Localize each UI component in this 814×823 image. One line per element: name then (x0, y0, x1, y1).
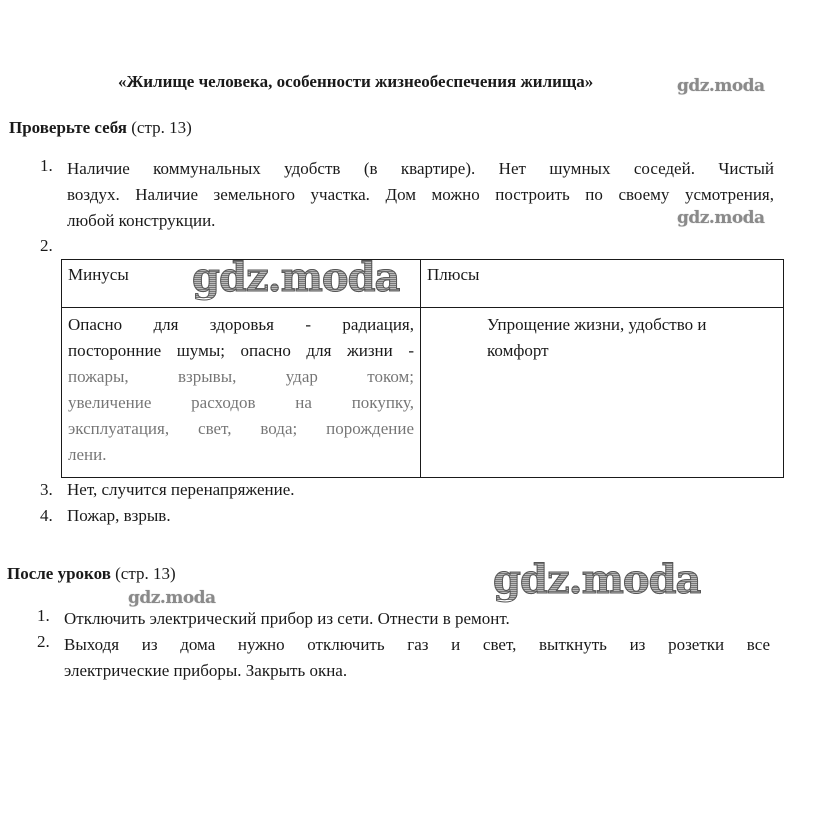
list-number: 1. (37, 606, 61, 626)
section-heading-page: (стр. 13) (115, 564, 176, 583)
list-item-line: Наличие коммунальных удобств (в квартире… (67, 156, 774, 182)
watermark: gdz.moda (128, 588, 216, 608)
cons-line: увеличение расходов на покупку, (68, 390, 414, 416)
table-cell-cons: Опасно для здоровья - радиация, посторон… (62, 308, 421, 478)
list-number: 1. (40, 156, 64, 176)
table-header-pros: Плюсы (421, 260, 784, 308)
watermark-large: gdz.moda (192, 258, 399, 298)
document-title: «Жилище человека, особенности жизнеобесп… (118, 72, 593, 92)
section-heading-bold: Проверьте себя (9, 118, 127, 137)
list-number: 2. (37, 632, 61, 652)
table-cell-pros: Упрощение жизни, удобство и комфорт (421, 308, 784, 478)
list-item-line: электрические приборы. Закрыть окна. (64, 658, 770, 684)
list-item-after-2: Выходя из дома нужно отключить газ и све… (64, 632, 770, 684)
list-number: 3. (40, 480, 64, 500)
cons-line: Опасно для здоровья - радиация, (68, 312, 414, 338)
section-heading-check-yourself: Проверьте себя (стр. 13) (9, 118, 192, 138)
watermark-large: gdz.moda (493, 560, 700, 600)
pros-cons-table: Минусы Плюсы Опасно для здоровья - радиа… (61, 259, 784, 478)
list-item-line: Выходя из дома нужно отключить газ и све… (64, 632, 770, 658)
pros-line: Упрощение жизни, удобство и (487, 312, 777, 338)
cons-line: эксплуатация, свет, вода; порождение (68, 416, 414, 442)
list-number: 2. (40, 236, 64, 256)
list-item-3: Нет, случится перенапряжение. (67, 480, 294, 500)
table-row: Опасно для здоровья - радиация, посторон… (62, 308, 784, 478)
cons-line: посторонние шумы; опасно для жизни - (68, 338, 414, 364)
cons-line: пожары, взрывы, удар током; (68, 364, 414, 390)
list-item-line: любой конструкции. (67, 208, 774, 234)
list-number: 4. (40, 506, 64, 526)
section-heading-after-lessons: После уроков (стр. 13) (7, 564, 176, 584)
list-item-line: воздух. Наличие земельного участка. Дом … (67, 182, 774, 208)
list-item-1: Наличие коммунальных удобств (в квартире… (67, 156, 774, 234)
list-item-4: Пожар, взрыв. (67, 506, 171, 526)
section-heading-bold: После уроков (7, 564, 111, 583)
watermark: gdz.moda (677, 76, 765, 96)
section-heading-page: (стр. 13) (131, 118, 192, 137)
table-header-row: Минусы Плюсы (62, 260, 784, 308)
cons-line: лени. (68, 442, 414, 468)
pros-line: комфорт (487, 338, 777, 364)
watermark: gdz.moda (677, 208, 765, 228)
list-item-after-1: Отключить электрический прибор из сети. … (64, 606, 774, 632)
